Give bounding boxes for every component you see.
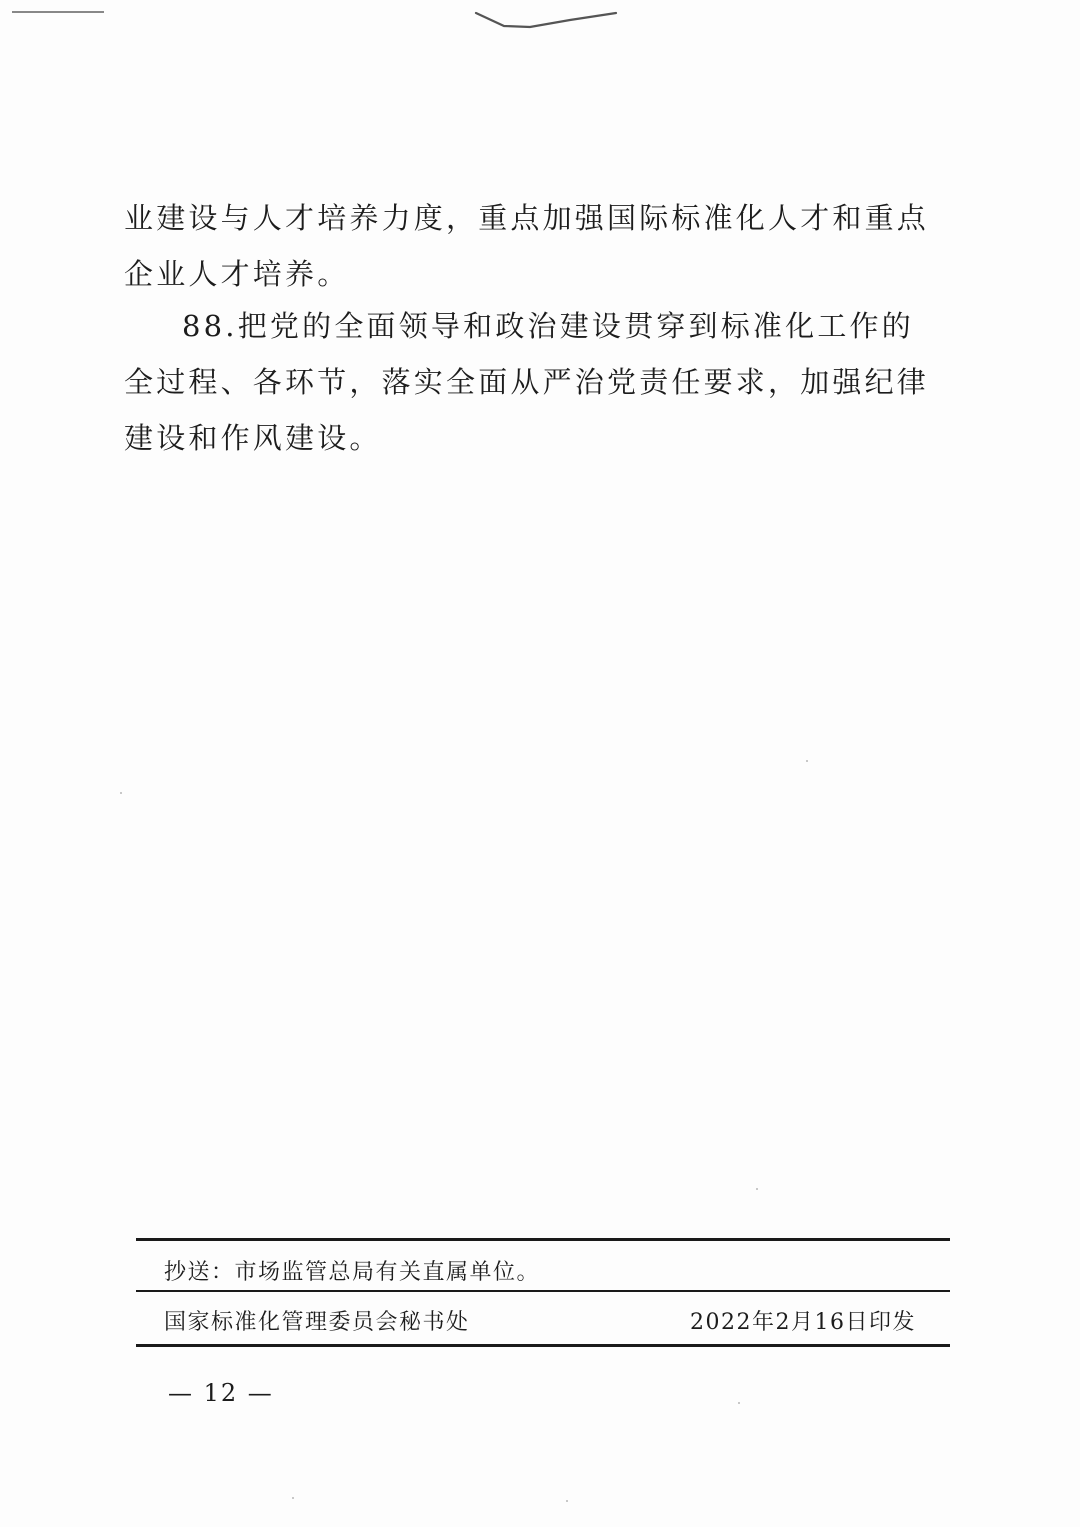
footer-rule-top — [136, 1238, 950, 1241]
paragraph-number: 88. — [124, 309, 238, 343]
scan-artifact-stroke — [470, 8, 620, 34]
page-number: — 12 — — [168, 1378, 274, 1408]
footer-rule-middle — [136, 1290, 950, 1292]
scan-speck — [566, 1500, 568, 1502]
issuer-line: 国家标准化管理委员会秘书处 2022年2月16日印发 — [164, 1308, 916, 1338]
cc-recipients: 市场监管总局有关直属单位。 — [235, 1260, 541, 1285]
scan-artifact-line — [12, 11, 104, 13]
cc-label: 抄送： — [164, 1260, 235, 1285]
scan-speck — [756, 1188, 758, 1190]
scan-speck — [120, 792, 122, 794]
footer-rule-bottom — [136, 1344, 950, 1347]
issue-date: 2022年2月16日印发 — [690, 1308, 916, 1338]
scan-speck — [738, 1402, 740, 1404]
issuer-name: 国家标准化管理委员会秘书处 — [164, 1308, 470, 1338]
scan-speck — [806, 760, 808, 762]
cc-line: 抄送：市场监管总局有关直属单位。 — [164, 1258, 540, 1288]
paragraph-text: 把党的全面领导和政治建设贯穿到标准化工作的全过程、各环节，落实全面从严治党责任要… — [124, 309, 929, 455]
paragraph-continuation: 业建设与人才培养力度，重点加强国际标准化人才和重点企业人才培养。 — [124, 190, 944, 302]
paragraph-88: 88.把党的全面领导和政治建设贯穿到标准化工作的全过程、各环节，落实全面从严治党… — [124, 298, 944, 466]
scan-speck — [292, 1497, 294, 1499]
document-page: 业建设与人才培养力度，重点加强国际标准化人才和重点企业人才培养。 88.把党的全… — [0, 0, 1080, 1527]
